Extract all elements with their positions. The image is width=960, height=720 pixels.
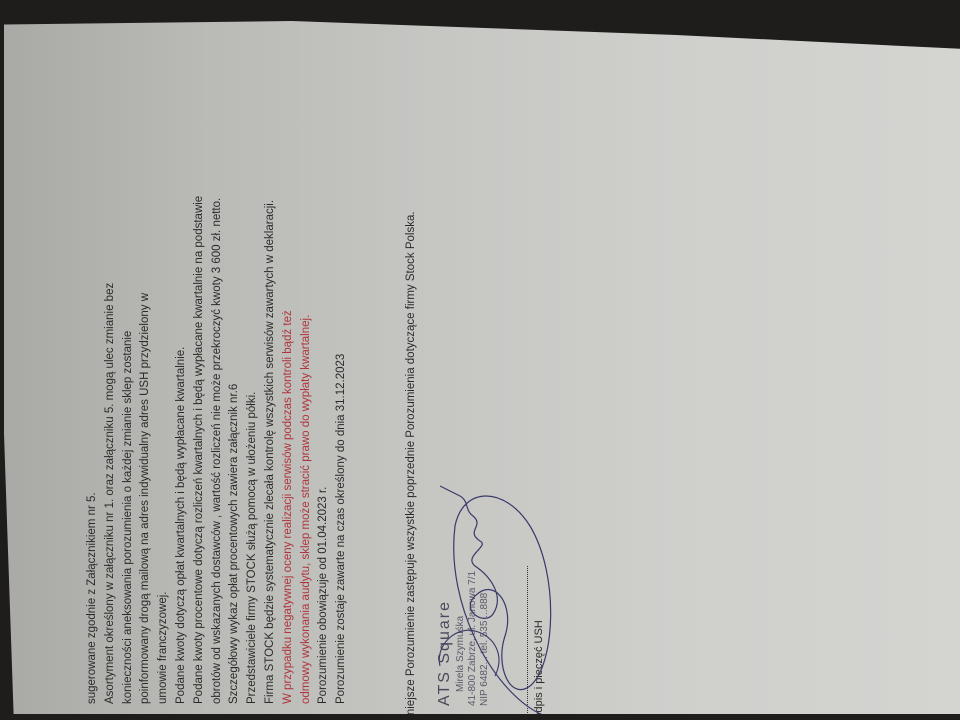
bullet-line: •Przedstawiciele firmy STOCK służą pomoc… xyxy=(244,86,262,720)
bullet-list: •Asortyment określony w załączniku nr 1.… xyxy=(102,86,351,720)
signature-label: Podpis i pieczęć USH xyxy=(531,620,549,720)
closing-statement: Niniejsze Porozumienie zastępuje wszystk… xyxy=(403,86,421,720)
stamp-owner: Mirela Szymuśka xyxy=(455,571,467,706)
bullet-line: konieczności aneksowania porozumienia o … xyxy=(120,86,138,720)
rotated-content: sugerowane zgodnie z Załącznikiem nr 5. … xyxy=(84,86,584,720)
signature-block: ATS Square Mirela Szymuśka 41-800 Zabrze… xyxy=(435,86,555,720)
bullet-line: umowie franczyzowej. xyxy=(155,86,173,720)
bullet-line: •Asortyment określony w załączniku nr 1.… xyxy=(102,86,120,720)
bullet-line: •Podane kwoty procentowe dotyczą rozlicz… xyxy=(191,86,209,720)
signature-line xyxy=(527,566,528,720)
bullet-line: •Firma STOCK będzie systematycznie zleca… xyxy=(262,86,280,720)
bullet-line: Szczegółowy wykaz opłat procentowych zaw… xyxy=(226,86,244,720)
company-stamp: ATS Square Mirela Szymuśka 41-800 Zabrze… xyxy=(435,571,491,706)
bullet-line: odmowy wykonania audytu, sklep może stra… xyxy=(298,86,316,720)
bullet-line: •Porozumienie obowiązuje od 01.04.2023 r… xyxy=(315,86,333,720)
bullet-line: obrotów od wskazanych dostawców , wartoś… xyxy=(209,86,227,720)
stamp-nip: NIP 6482... tel. 535 ...888 xyxy=(479,571,491,706)
bullet-line: •Porozumienie zostaje zawarte na czas ok… xyxy=(333,86,351,720)
bullet-line: •W przypadku negatywnej oceny realizacji… xyxy=(280,86,298,720)
bullet-line: poinformowany drogą mailową na adres ind… xyxy=(137,86,155,720)
stamp-address: 41-800 Zabrze, ul. Janowa 7/1 xyxy=(467,571,479,706)
stamp-name: ATS Square xyxy=(435,571,455,706)
bullet-line: •Podane kwoty dotyczą opłat kwartalnych … xyxy=(173,86,191,720)
intro-fragment: sugerowane zgodnie z Załącznikiem nr 5. xyxy=(84,86,102,720)
document-page: sugerowane zgodnie z Załącznikiem nr 5. … xyxy=(4,14,960,714)
